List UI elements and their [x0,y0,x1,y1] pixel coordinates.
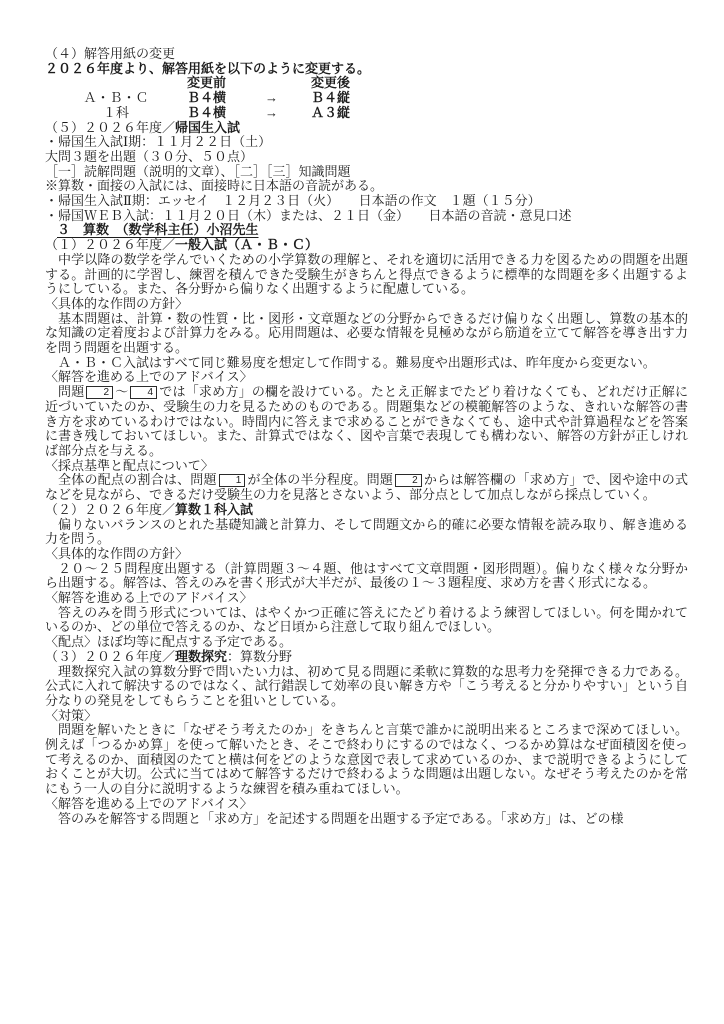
advice-paragraph: 答のみを解答する問題と「求め方」を記述する問題を出題する予定である。「求め方」は… [45,812,688,827]
grading-text: が全体の半分程度。問題 [247,472,393,487]
advice-text: 問題 [58,384,84,399]
advice-header: 〈解答を進める上でのアドバイス〉 [45,797,688,812]
policy-paragraph: ２０～２５問程度出題する（計算問題３～４題、他はすべて文章問題・図形問題）。偏り… [45,562,688,591]
advice-header: 〈解答を進める上でのアドバイス〉 [45,591,688,606]
row-label: １科 [45,106,187,121]
section4-intro: ２０２６年度より、解答用紙を以下のように変更する。 [45,62,688,77]
table-header-spacer [45,76,187,91]
row-label: Ａ・Ｂ・Ｃ [45,91,187,106]
subsection3-title: 理数探究 [175,649,227,664]
section5-heading-title: 帰国生入試 [175,120,240,135]
subsection3-prefix: （３）２０２６年度／ [45,649,175,664]
policy-paragraph: 基本問題は、計算・数の性質・比・図形・文章題などの分野からできるだけ偏りなく出題… [45,312,688,356]
difficulty-paragraph: Ａ・Ｂ・Ｃ入試はすべて同じ難易度を想定して作問する。難易度や出題形式は、昨年度か… [45,356,688,371]
subsection2-title: 算数１科入試 [175,502,253,517]
table-header-arrow-spacer [265,76,311,91]
policy-header: 〈具体的な作問の方針〉 [45,547,688,562]
document-page: （４）解答用紙の変更 ２０２６年度より、解答用紙を以下のように変更する。 変更前… [0,0,724,1024]
subsection1-heading: （１）２０２６年度／一般入試（Ａ・Ｂ・Ｃ） [45,238,688,253]
table-row: １科 Ｂ４横 → Ａ３縦 [45,106,688,121]
measures-header: 〈対策〉 [45,709,688,724]
subsection3-suffix: ：算数分野 [227,649,292,664]
advice-paragraph: 問題2～4では「求め方」の欄を設けている。たとえ正解までたどり着けなくても、どれ… [45,385,688,459]
grading-text: 全体の配点の割合は、問題 [58,472,217,487]
table-header-row: 変更前 変更後 [45,76,688,91]
allocation-line: 〈配点〉ほぼ均等に配点する予定である。 [45,635,688,650]
boxed-number-2: 2 [86,386,113,399]
returnee-exam1-note: ※算数・面接の入試には、面接時に日本語の音読がある。 [45,179,688,194]
returnee-exam1-line: ・帰国生入試Ⅰ期：１１月２２日（土） [45,135,688,150]
answer-sheet-change-table: 変更前 変更後 Ａ・Ｂ・Ｃ Ｂ４横 → Ｂ４縦 １科 Ｂ４横 → Ａ３縦 [45,76,688,120]
row-before: Ｂ４横 [187,106,265,121]
section5-heading-prefix: （５）２０２６年度／ [45,120,175,135]
returnee-web-line: ・帰国ＷＥＢ入試：１１月２０日（木）または、２１日（金） 日本語の音読・意見口述 [45,209,688,224]
subsection1-prefix: （１）２０２６年度／ [45,237,175,252]
policy-header: 〈具体的な作問の方針〉 [45,297,688,312]
grading-paragraph: 全体の配点の割合は、問題1が全体の半分程度。問題2からは解答欄の「求め方」で、図… [45,473,688,502]
grading-header: 〈採点基準と配点について〉 [45,459,688,474]
returnee-exam1-sections: ［一］読解問題（説明的文章）、［二］［三］知識問題 [45,165,688,180]
section5-heading: （５）２０２６年度／帰国生入試 [45,121,688,136]
table-header-after: 変更後 [311,76,403,91]
math-section-heading: ３ 算数 （数学科主任）小沼先生 [57,222,259,237]
returnee-exam2-line: ・帰国生入試Ⅱ期：エッセイ １２月２３日（火） 日本語の作文 １題（１５分） [45,194,688,209]
subsection3-heading: （３）２０２６年度／理数探究：算数分野 [45,650,688,665]
row-before: Ｂ４横 [187,91,265,106]
subsection2-prefix: （２）２０２６年度／ [45,502,175,517]
row-after: Ｂ４縦 [311,91,403,106]
subsection2-heading: （２）２０２６年度／算数１科入試 [45,503,688,518]
math-section-heading-wrap: ３ 算数 （数学科主任）小沼先生 [45,223,688,238]
subsection3-paragraph: 理数探究入試の算数分野で問いたい力は、初めて見る問題に柔軟に算数的な思考力を発揮… [45,665,688,709]
table-header-before: 変更前 [187,76,265,91]
arrow-icon: → [265,106,311,121]
row-after: Ａ３縦 [311,106,403,121]
measures-paragraph: 問題を解いたときに「なぜそう考えたのか」をきちんと言葉で誰かに説明出来るところま… [45,723,688,797]
boxed-number-1: 1 [219,474,246,487]
subsection2-paragraph: 偏りないバランスのとれた基礎知識と計算力、そして問題文から的確に必要な情報を読み… [45,518,688,547]
subsection1-title: 一般入試（Ａ・Ｂ・Ｃ） [175,237,318,252]
tilde: ～ [115,384,128,399]
returnee-exam1-detail: 大問３題を出題（３０分、５０点） [45,150,688,165]
arrow-icon: → [265,91,311,106]
advice-paragraph: 答えのみを問う形式については、はやくかつ正確に答えにたどり着けるよう練習してほし… [45,606,688,635]
subsection1-paragraph: 中学以降の数学を学んでいくための小学算数の理解と、それを適切に活用できる力を図る… [45,253,688,297]
boxed-number-4: 4 [130,386,157,399]
section4-heading: （４）解答用紙の変更 [45,47,688,62]
advice-header: 〈解答を進める上でのアドバイス〉 [45,370,688,385]
table-row: Ａ・Ｂ・Ｃ Ｂ４横 → Ｂ４縦 [45,91,688,106]
boxed-number-2: 2 [395,474,422,487]
